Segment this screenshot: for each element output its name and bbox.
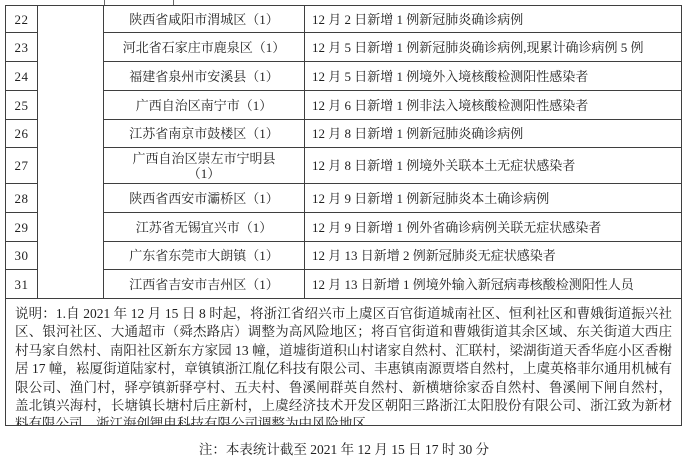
category-merged-cell [38,6,104,299]
location-cell: 广东省东莞市大朗镇（1） [104,242,305,270]
detail-cell: 12 月 8 日新增 1 例新冠肺炎确诊病例 [305,120,681,148]
risk-area-table: 22 陕西省咸阳市渭城区（1） 12 月 2 日新增 1 例新冠肺炎确诊病例 2… [5,5,682,426]
detail-cell: 12 月 6 日新增 1 例非法入境核酸检测阳性感染者 [305,91,681,120]
detail-cell: 12 月 5 日新增 1 例境外入境核酸检测阳性感染者 [305,62,681,91]
detail-cell: 12 月 8 日新增 1 例境外关联本土无症状感染者 [305,148,681,184]
detail-cell: 12 月 5 日新增 1 例新冠肺炎确诊病例,现累计确诊病例 5 例 [305,33,681,62]
row-number: 27 [6,148,38,184]
location-cell: 河北省石家庄市鹿泉区（1） [104,33,305,62]
statistics-cutoff-note: 注：本表统计截至 2021 年 12 月 15 日 17 时 30 分 [0,438,688,458]
location-cell: 江苏省无锡宜兴市（1） [104,213,305,242]
detail-cell: 12 月 13 日新增 1 例境外输入新冠病毒核酸检测阳性人员 [305,270,681,299]
row-number: 28 [6,184,38,213]
explanation-paragraph: 说明：1.自 2021 年 12 月 15 日 8 时起，将浙江省绍兴市上虞区百… [6,299,681,425]
row-number: 24 [6,62,38,91]
location-cell: 陕西省西安市灞桥区（1） [104,184,305,213]
row-number: 29 [6,213,38,242]
row-number: 26 [6,120,38,148]
location-cell: 陕西省咸阳市渭城区（1） [104,6,305,33]
row-number: 22 [6,6,38,33]
location-cell: 江西省吉安市吉州区（1） [104,270,305,299]
detail-cell: 12 月 13 日新增 2 例新冠肺炎无症状感染者 [305,242,681,270]
row-number: 31 [6,270,38,299]
row-number: 25 [6,91,38,120]
location-cell: 福建省泉州市安溪县（1） [104,62,305,91]
location-cell: 广西自治区崇左市宁明县 （1） [104,148,305,184]
detail-cell: 12 月 2 日新增 1 例新冠肺炎确诊病例 [305,6,681,33]
detail-cell: 12 月 9 日新增 1 例新冠肺炎本土确诊病例 [305,184,681,213]
location-cell: 江苏省南京市鼓楼区（1） [104,120,305,148]
row-number: 23 [6,33,38,62]
risk-area-table-page: 22 陕西省咸阳市渭城区（1） 12 月 2 日新增 1 例新冠肺炎确诊病例 2… [0,0,688,470]
row-number: 30 [6,242,38,270]
detail-cell: 12 月 9 日新增 1 例外省确诊病例关联无症状感染者 [305,213,681,242]
location-cell: 广西自治区南宁市（1） [104,91,305,120]
